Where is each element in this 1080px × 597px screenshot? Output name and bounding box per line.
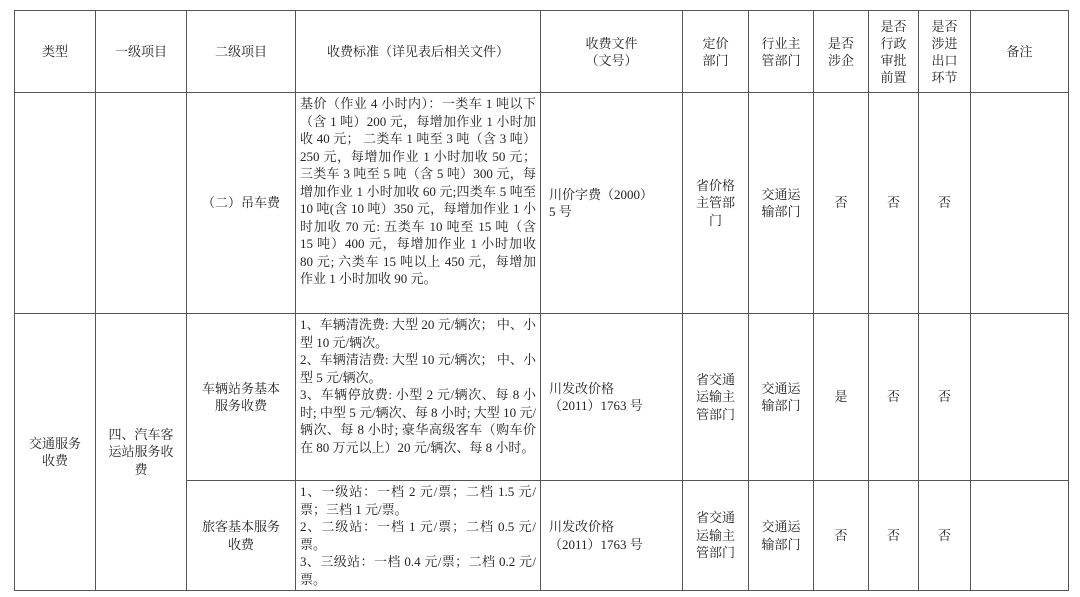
cell-remark	[971, 93, 1069, 314]
document-page: 类型 一级项目 二级项目 收费标准（详见表后相关文件） 收费文件 （文号） 定价…	[0, 0, 1080, 597]
header-pricing-dept: 定价 部门	[683, 11, 749, 93]
header-level2-project: 二级项目	[187, 11, 296, 93]
cell-involves-enterprise: 否	[814, 93, 869, 314]
cell-pre-admin-approval: 否	[869, 314, 919, 481]
cell-level1-project-group: 四、汽车客 运站服务收 费	[96, 314, 187, 591]
header-remark: 备注	[971, 11, 1069, 93]
cell-fee-document: 川价字费（2000） 5 号	[541, 93, 683, 314]
header-industry-dept: 行业主 管部门	[749, 11, 814, 93]
cell-remark	[971, 481, 1069, 591]
cell-type-group: 交通服务 收费	[15, 314, 96, 591]
cell-remark	[971, 314, 1069, 481]
cell-pricing-dept: 省交通 运输主 管部门	[683, 314, 749, 481]
cell-involves-enterprise: 否	[814, 481, 869, 591]
header-pre-admin-approval: 是否 行政 审批 前置	[869, 11, 919, 93]
cell-pre-admin-approval: 否	[869, 481, 919, 591]
cell-fee-document: 川发改价格 （2011）1763 号	[541, 314, 683, 481]
cell-fee-standard: 1、一级站：一档 2 元/票；二档 1.5 元/票；三档 1 元/票。 2、二级…	[296, 481, 541, 591]
header-row: 类型 一级项目 二级项目 收费标准（详见表后相关文件） 收费文件 （文号） 定价…	[15, 11, 1069, 93]
cell-industry-dept: 交通运 输部门	[749, 93, 814, 314]
cell-type	[15, 93, 96, 314]
fee-table: 类型 一级项目 二级项目 收费标准（详见表后相关文件） 收费文件 （文号） 定价…	[14, 10, 1069, 591]
cell-fee-standard: 基价（作业 4 小时内）：一类车 1 吨以下（含 1 吨）200 元，每增加作业…	[296, 93, 541, 314]
cell-level2-project: 旅客基本服务 收费	[187, 481, 296, 591]
cell-import-export: 否	[919, 314, 971, 481]
cell-industry-dept: 交通运 输部门	[749, 314, 814, 481]
cell-pricing-dept: 省交通 运输主 管部门	[683, 481, 749, 591]
cell-level2-project: 车辆站务基本 服务收费	[187, 314, 296, 481]
cell-fee-document: 川发改价格 （2011）1763 号	[541, 481, 683, 591]
header-type: 类型	[15, 11, 96, 93]
cell-import-export: 否	[919, 93, 971, 314]
table-row-crane-fee: （二）吊车费 基价（作业 4 小时内）：一类车 1 吨以下（含 1 吨）200 …	[15, 93, 1069, 314]
cell-pre-admin-approval: 否	[869, 93, 919, 314]
cell-involves-enterprise: 是	[814, 314, 869, 481]
cell-level1-project	[96, 93, 187, 314]
header-involves-enterprise: 是否 涉企	[814, 11, 869, 93]
cell-industry-dept: 交通运 输部门	[749, 481, 814, 591]
table-row-station-service-fee: 交通服务 收费 四、汽车客 运站服务收 费 车辆站务基本 服务收费 1、车辆清洗…	[15, 314, 1069, 481]
header-fee-standard: 收费标准（详见表后相关文件）	[296, 11, 541, 93]
header-level1-project: 一级项目	[96, 11, 187, 93]
cell-pricing-dept: 省价格 主管部 门	[683, 93, 749, 314]
header-import-export: 是否 涉进 出口 环节	[919, 11, 971, 93]
cell-fee-standard: 1、车辆清洗费: 大型 20 元/辆次； 中、小型 10 元/辆次。 2、车辆清…	[296, 314, 541, 481]
cell-import-export: 否	[919, 481, 971, 591]
cell-level2-project: （二）吊车费	[187, 93, 296, 314]
header-fee-document: 收费文件 （文号）	[541, 11, 683, 93]
